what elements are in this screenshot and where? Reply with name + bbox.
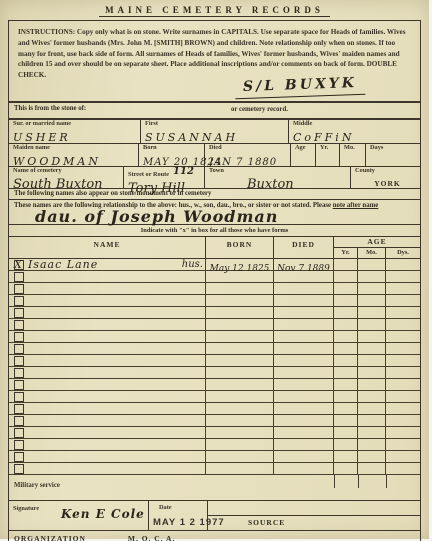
- header-died: DIED: [274, 237, 334, 258]
- source-field: SOURCE: [208, 501, 420, 530]
- cemetery-name-value: South Buxton: [13, 177, 103, 192]
- row-yr-cell: [334, 367, 358, 378]
- checkbox: [14, 356, 24, 366]
- street-number-value: 112: [173, 166, 194, 177]
- row-dys-cell: [386, 367, 420, 378]
- row-died-cell: [274, 331, 334, 342]
- county-label: County: [355, 168, 420, 175]
- organization-label: ORGANIZATION: [14, 534, 86, 541]
- row-name-cell: [9, 295, 206, 306]
- table-row: [9, 283, 420, 295]
- town-field: Town Buxton: [205, 167, 351, 188]
- row-born-cell: [206, 439, 274, 450]
- row-dys-cell: [386, 343, 420, 354]
- row-yr-cell: [334, 391, 358, 402]
- row-yr-cell: [334, 355, 358, 366]
- handwritten-note: S/L BUXYK: [235, 73, 366, 100]
- row-name-cell: [9, 415, 206, 426]
- stone-of-row: This is from the stone of: or cemetery r…: [9, 103, 420, 120]
- age-field: Age: [291, 144, 316, 166]
- row-died-cell: [274, 295, 334, 306]
- row-dys-cell: [386, 271, 420, 282]
- table-row: [9, 319, 420, 331]
- born-field: Born MAY 20 1824: [139, 144, 205, 166]
- checkbox: [14, 428, 24, 438]
- street-field: Street or Route112 Tory Hill: [124, 167, 205, 188]
- row-dys-cell: [386, 439, 420, 450]
- table-row: [9, 427, 420, 439]
- maiden-name-value: WOODMAN: [13, 155, 101, 168]
- row-name-cell: [9, 331, 206, 342]
- header-dys: Dys.: [386, 248, 420, 258]
- cemetery-record-label: or cemetery record.: [231, 106, 288, 113]
- checkbox: [14, 464, 24, 474]
- row-yr-cell: [334, 379, 358, 390]
- age-yr-label: Yr.: [320, 145, 339, 152]
- checkbox: X: [14, 260, 24, 270]
- row-born-cell: May 12 1825: [206, 259, 274, 270]
- street-label: Street or Route112: [128, 168, 204, 179]
- age-yr-field: Yr.: [316, 144, 340, 166]
- row-mo-cell: [358, 463, 386, 474]
- table-row: XIsaac Lanehus.May 12 1825Nov 7 1889: [9, 259, 420, 271]
- age-label: Age: [295, 145, 315, 152]
- row-mo-cell: [358, 427, 386, 438]
- date-label: Date: [159, 505, 207, 512]
- row-mo-cell: [358, 295, 386, 306]
- header-born: BORN: [206, 237, 274, 258]
- signature-row: Signature Ken E Cole Date MAY 1 2 1977 S…: [9, 501, 420, 531]
- middle-name-field: Middle CoFFiN: [289, 120, 420, 143]
- row-dys-cell: [386, 391, 420, 402]
- row-name-cell: [9, 427, 206, 438]
- checkbox: [14, 272, 24, 282]
- age-days-label: Days: [370, 145, 420, 152]
- row-born-cell: [206, 295, 274, 306]
- surname-label: Sur. or married name: [13, 121, 140, 128]
- row-dys-cell: [386, 307, 420, 318]
- header-name: NAME: [9, 237, 206, 258]
- table-row: [9, 307, 420, 319]
- row-died-cell: [274, 283, 334, 294]
- instructions-block: INSTRUCTIONS: Copy only what is on stone…: [9, 21, 420, 103]
- row-died-cell: [274, 319, 334, 330]
- row-dys-cell: [386, 403, 420, 414]
- checkbox-x-mark: X: [14, 258, 22, 271]
- row-dys-cell: [386, 379, 420, 390]
- signature-field: Signature Ken E Cole: [9, 501, 149, 530]
- row-name-cell: [9, 283, 206, 294]
- maiden-name-field: Maiden name WOODMAN: [9, 144, 139, 166]
- cemetery-name-field: Name of cemetery South Buxton: [9, 167, 124, 188]
- middle-name-label: Middle: [293, 121, 420, 128]
- organization-value: M. O. C. A.: [128, 534, 175, 541]
- row-name-value: Isaac Lane: [28, 259, 98, 270]
- dates-fields-row: Maiden name WOODMAN Born MAY 20 1824 Die…: [9, 144, 420, 167]
- table-row: [9, 463, 420, 475]
- row-name-cell: [9, 319, 206, 330]
- military-service-label: Military service: [14, 482, 60, 489]
- row-dys-cell: [386, 451, 420, 462]
- row-died-cell: [274, 439, 334, 450]
- row-mo-cell: [358, 415, 386, 426]
- row-yr-cell: [334, 427, 358, 438]
- row-name-cell: [9, 307, 206, 318]
- table-row: [9, 295, 420, 307]
- county-value: YORK: [355, 179, 420, 188]
- row-died-cell: [274, 463, 334, 474]
- row-name-cell: [9, 391, 206, 402]
- row-born-cell: [206, 331, 274, 342]
- names-table-body: XIsaac Lanehus.May 12 1825Nov 7 1889: [9, 259, 420, 475]
- checkbox: [14, 332, 24, 342]
- row-died-cell: [274, 403, 334, 414]
- row-name-cell: [9, 439, 206, 450]
- age-mo-field: Mo.: [340, 144, 366, 166]
- row-dys-cell: [386, 415, 420, 426]
- row-born-cell: [206, 403, 274, 414]
- date-field: Date MAY 1 2 1977: [149, 501, 208, 530]
- checkbox: [14, 284, 24, 294]
- header-age: AGE: [334, 237, 420, 247]
- table-row: [9, 343, 420, 355]
- table-row: [9, 379, 420, 391]
- table-row: [9, 391, 420, 403]
- maiden-name-label: Maiden name: [13, 145, 138, 152]
- table-row: [9, 451, 420, 463]
- row-yr-cell: [334, 331, 358, 342]
- page-title: MAINE CEMETERY RECORDS: [0, 5, 429, 15]
- street-value: Tory Hill: [128, 181, 185, 196]
- row-died-cell: [274, 379, 334, 390]
- checkbox: [14, 296, 24, 306]
- row-dys-cell: [386, 331, 420, 342]
- row-yr-cell: [334, 463, 358, 474]
- row-born-cell: [206, 283, 274, 294]
- row-yr-cell: [334, 307, 358, 318]
- row-yr-cell: [334, 403, 358, 414]
- relationship-note: These names are the following relationsh…: [9, 200, 420, 225]
- row-name-cell: [9, 367, 206, 378]
- signature-value: Ken E Cole: [61, 507, 145, 521]
- row-died-cell: [274, 427, 334, 438]
- header-age-group: AGE Yr. Mo. Dys.: [334, 237, 420, 258]
- row-born-cell: [206, 355, 274, 366]
- checkbox: [14, 320, 24, 330]
- first-name-value: SUSANNAH: [145, 131, 238, 144]
- age-days-field: Days: [366, 144, 420, 166]
- row-died-cell: [274, 415, 334, 426]
- row-died-cell: [274, 391, 334, 402]
- row-yr-cell: [334, 259, 358, 270]
- row-born-cell: [206, 391, 274, 402]
- row-mo-cell: [358, 271, 386, 282]
- table-row: [9, 403, 420, 415]
- row-dys-cell: [386, 283, 420, 294]
- checkbox: [14, 440, 24, 450]
- town-value: Buxton: [247, 177, 294, 192]
- stone-of-label: This is from the stone of:: [14, 105, 86, 112]
- checkbox: [14, 416, 24, 426]
- town-label: Town: [209, 168, 350, 175]
- first-name-field: First SUSANNAH: [141, 120, 289, 143]
- checkbox: [14, 392, 24, 402]
- row-mo-cell: [358, 379, 386, 390]
- row-born-cell: [206, 451, 274, 462]
- table-row: [9, 331, 420, 343]
- row-died-cell: [274, 367, 334, 378]
- middle-name-value: CoFFiN: [293, 131, 354, 144]
- row-yr-cell: [334, 451, 358, 462]
- checkbox: [14, 368, 24, 378]
- row-name-cell: [9, 379, 206, 390]
- row-name-cell: XIsaac Lanehus.: [9, 259, 206, 270]
- row-died-cell: [274, 355, 334, 366]
- row-mo-cell: [358, 451, 386, 462]
- row-born-cell: [206, 427, 274, 438]
- row-mo-cell: [358, 355, 386, 366]
- table-row: [9, 367, 420, 379]
- row-mo-cell: [358, 439, 386, 450]
- row-died-cell: [274, 343, 334, 354]
- row-mo-cell: [358, 391, 386, 402]
- table-row: [9, 439, 420, 451]
- row-yr-cell: [334, 295, 358, 306]
- name-fields-row: Sur. or married name USHER First SUSANNA…: [9, 120, 420, 144]
- died-label: Died: [209, 145, 290, 152]
- row-born-cell: [206, 379, 274, 390]
- organization-row: ORGANIZATION M. O. C. A.: [9, 531, 420, 541]
- instructions-text: INSTRUCTIONS: Copy only what is on stone…: [18, 28, 406, 79]
- table-row: [9, 355, 420, 367]
- row-mo-cell: [358, 319, 386, 330]
- relationship-note-emphasis: note after name: [333, 202, 379, 209]
- row-mo-cell: [358, 331, 386, 342]
- row-dys-cell: [386, 427, 420, 438]
- checkbox: [14, 308, 24, 318]
- row-dys-cell: [386, 355, 420, 366]
- names-table-header: NAME BORN DIED AGE Yr. Mo. Dys.: [9, 237, 420, 259]
- cemetery-name-label: Name of cemetery: [13, 168, 123, 175]
- row-died-cell: [274, 307, 334, 318]
- age-mo-label: Mo.: [344, 145, 365, 152]
- died-field: Died JAN 7 1880: [205, 144, 291, 166]
- row-mo-cell: [358, 259, 386, 270]
- scanned-form-paper: MAINE CEMETERY RECORDS INSTRUCTIONS: Cop…: [0, 0, 429, 539]
- row-died-cell: Nov 7 1889: [274, 259, 334, 270]
- row-dys-cell: [386, 319, 420, 330]
- table-row: [9, 415, 420, 427]
- row-name-cell: [9, 271, 206, 282]
- county-field: County YORK: [351, 167, 420, 188]
- checkbox: [14, 344, 24, 354]
- row-mo-cell: [358, 343, 386, 354]
- row-name-cell: [9, 343, 206, 354]
- surname-field: Sur. or married name USHER: [9, 120, 141, 143]
- row-born-cell: [206, 307, 274, 318]
- row-born-cell: [206, 343, 274, 354]
- military-service-row: Military service: [9, 475, 420, 501]
- row-relation-value: hus.: [182, 260, 205, 270]
- row-mo-cell: [358, 307, 386, 318]
- relationship-value: dau. of Joseph Woodman: [35, 206, 278, 228]
- row-mo-cell: [358, 403, 386, 414]
- row-yr-cell: [334, 415, 358, 426]
- row-dys-cell: [386, 259, 420, 270]
- born-label: Born: [143, 145, 204, 152]
- surname-value: USHER: [13, 131, 71, 144]
- row-yr-cell: [334, 319, 358, 330]
- row-dys-cell: [386, 463, 420, 474]
- row-mo-cell: [358, 283, 386, 294]
- names-table: NAME BORN DIED AGE Yr. Mo. Dys. XIsaac L…: [9, 237, 420, 475]
- row-born-cell: [206, 319, 274, 330]
- row-dys-cell: [386, 295, 420, 306]
- row-name-cell: [9, 451, 206, 462]
- header-yr: Yr.: [334, 248, 358, 258]
- first-name-label: First: [145, 121, 288, 128]
- checkbox: [14, 380, 24, 390]
- checkbox: [14, 452, 24, 462]
- row-name-cell: [9, 403, 206, 414]
- row-name-cell: [9, 463, 206, 474]
- row-died-cell: [274, 451, 334, 462]
- source-label: SOURCE: [248, 518, 420, 527]
- row-yr-cell: [334, 283, 358, 294]
- row-mo-cell: [358, 367, 386, 378]
- row-yr-cell: [334, 271, 358, 282]
- row-born-cell: [206, 463, 274, 474]
- checkbox: [14, 404, 24, 414]
- row-name-cell: [9, 355, 206, 366]
- row-born-cell: [206, 415, 274, 426]
- cemetery-fields-row: Name of cemetery South Buxton Street or …: [9, 167, 420, 189]
- header-mo: Mo.: [358, 248, 386, 258]
- row-born-cell: [206, 367, 274, 378]
- cemetery-record-form: INSTRUCTIONS: Copy only what is on stone…: [8, 20, 421, 541]
- row-yr-cell: [334, 439, 358, 450]
- row-yr-cell: [334, 343, 358, 354]
